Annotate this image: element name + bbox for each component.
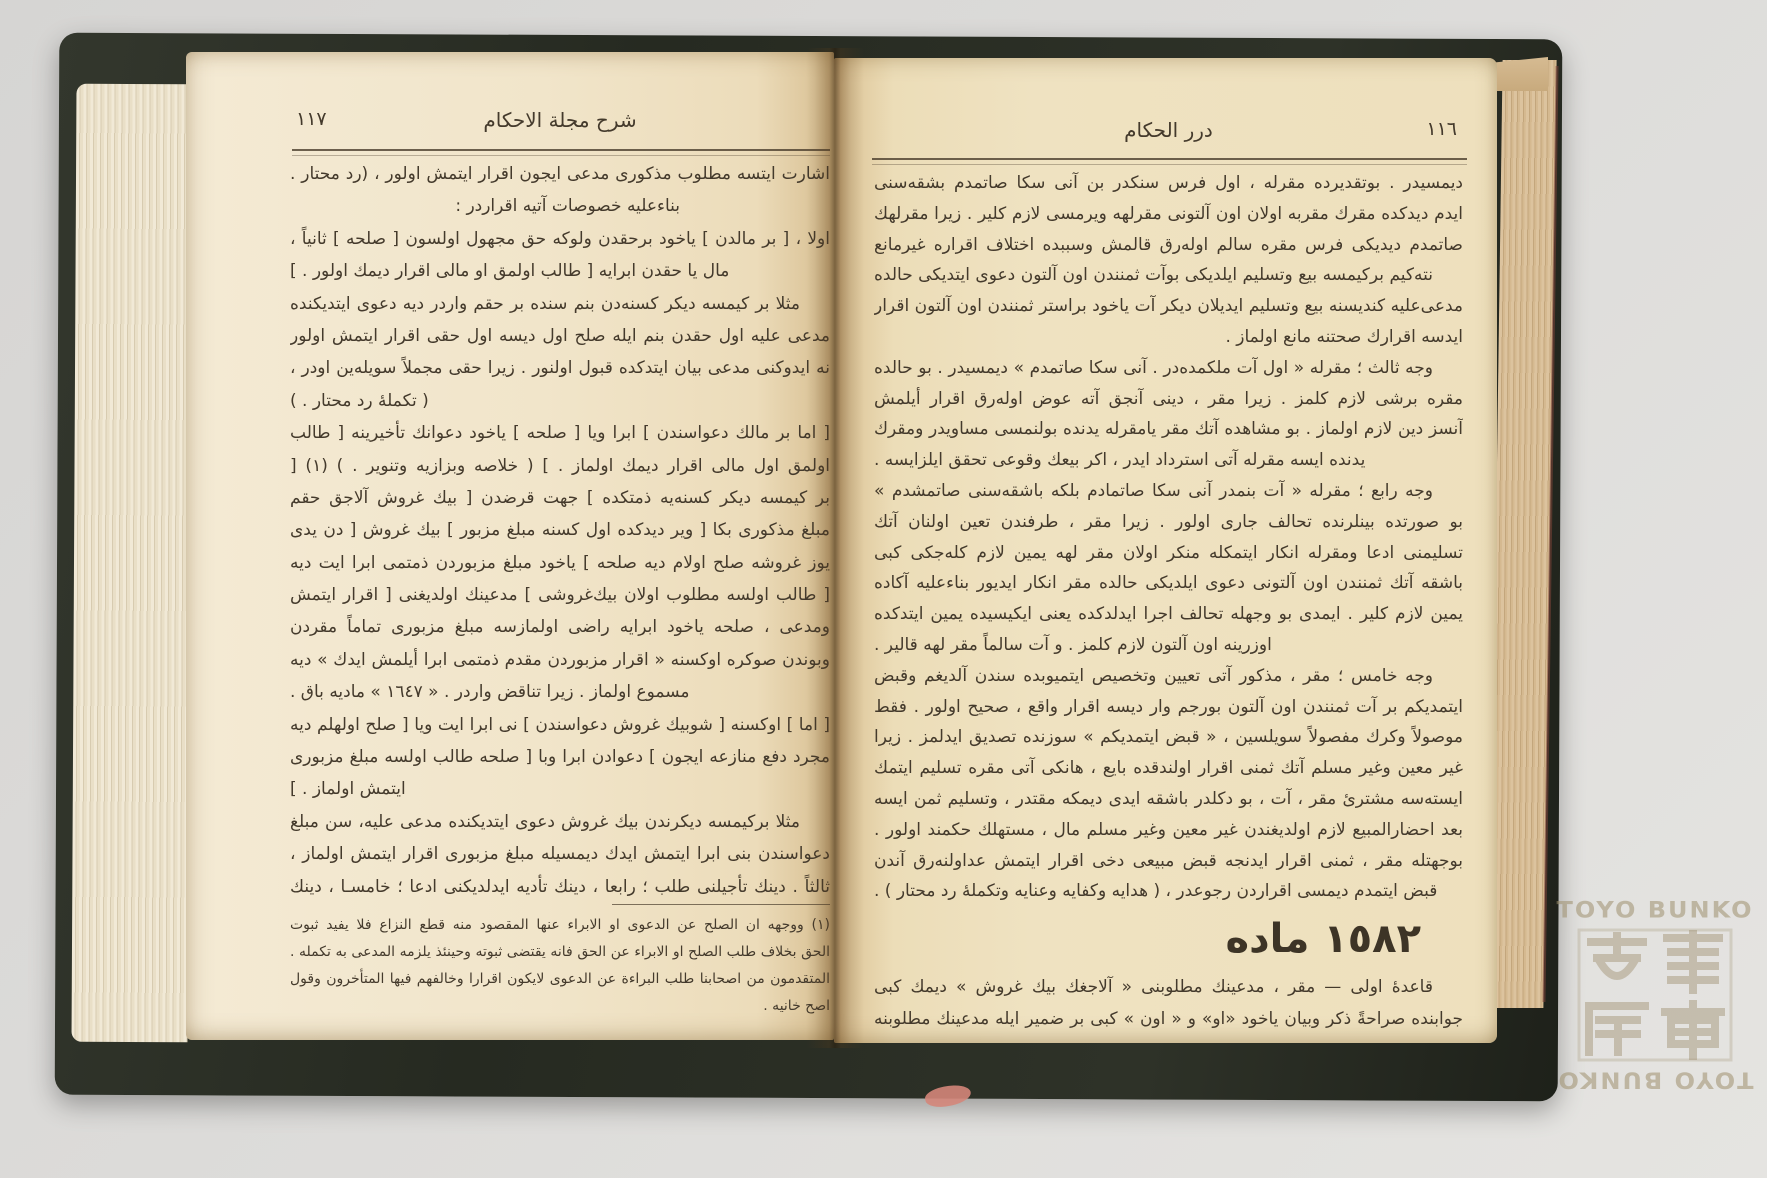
text-line: يمين لازم كلير . ايمدى بو وجهله تحالف اج… [874,599,1463,630]
text-line: وجه ثالث ؛ مقرله « اول آت ملكمده‌در . آن… [874,353,1463,384]
text-line: مدعى عليه اول حقدن بنم ايله صلح اول ديسه… [290,320,830,352]
text-line: اشارت ايتسه مطلوب مذكورى مدعى ايجون اقرا… [290,158,830,190]
text-line: مال يا حقدن ابرايه [ طالب اولمق او مالى … [290,255,830,287]
text-line: ايدم ديدكده مقرك مقربه اولان اون آلتونى … [874,199,1463,230]
text-line: [ طالب اولسه مطلوب اولان بيك‌غروشى ] مدع… [290,579,830,611]
text-line: [ اما ] اوكسنه [ شوبيك غروش دعواسندن ] ن… [290,709,830,741]
text-line: ثالثاً . دينك تأجيلنى طلب ؛ رابعا ، دينك… [290,871,830,903]
left-page-title: شرح مجلة الاحكام [292,108,828,132]
text-line: مدعى‌عليه كنديسنه بيع وتسليم ايديلان ديك… [874,291,1463,322]
text-line: اوزرينه اون آلتون لازم كلمز . و آت سالما… [874,630,1463,661]
text-line: موصولاً وكرك مفصولاً سويلسين ، « قبض ايت… [874,722,1463,753]
text-line: صاتمدم ديديكى فرس مقره سالم اوله‌رق قالم… [874,230,1463,261]
text-line: المتقدمون من اصحابنا طلب البراءة عن الدع… [290,966,830,993]
text-line: آنسز دين لازم اولماز . بو مشاهده آتك مقر… [874,414,1463,445]
article-1582-heading: ١٥٨٢ ماده [1225,914,1421,964]
text-line: ومدعى ، صلحه ياخود ابرايه راضى اولمازسه … [290,611,830,643]
text-line: ايتمش اولماز . ] [290,773,830,805]
text-line: تسليمنى ادعا ومقرله انكار ايتمكله منكر ا… [874,538,1463,569]
left-page: ١١٧ شرح مجلة الاحكام اشارت ايتسه مطلوب م… [186,52,834,1040]
text-line: مثلا بركيمسه ديكرندن بيك غروش دعوى ايتدي… [290,806,830,838]
text-line: ايسته‌سه مشترئ مقر ، آت ، بو دكلدر باشقه… [874,784,1463,815]
text-line: جوابنده صراحةً ذكر وبيان ياخود «او» و « … [874,1004,1463,1036]
right-page-after-heading: قاعدهٔ اولى — مقر ، مدعينك مطلوبنى « آلا… [874,972,1463,1035]
photo-background: ١١٧ شرح مجلة الاحكام اشارت ايتسه مطلوب م… [0,0,1767,1178]
text-line: وجه خامس ؛ مقر ، مذكور آتى تعيين وتخصيص … [874,661,1463,692]
text-line: مجرد دفع منازعه ايجون ] دعوادن ابرا وبا … [290,741,830,773]
right-header-rule [872,158,1467,165]
text-line: الحق بخلاف طلب الصلح او الابراء عن الحق … [290,939,830,966]
text-line: بعد احضارالمبيع لازم اولديغندن غير معين … [874,815,1463,846]
left-page-body: اشارت ايتسه مطلوب مذكورى مدعى ايجون اقرا… [290,158,830,903]
text-line: قبض ايتمدم ديمسى اقراردن رجوعدر ، ( هداي… [874,876,1463,907]
right-page-number: ١١٦ [1426,118,1457,140]
left-header-rule [292,149,830,156]
watermark-text-bottom-mirrored: TOYO BUNKO [1546,1067,1764,1093]
right-page-title: درر الحكام [874,118,1463,142]
left-page-number: ١١٧ [296,108,327,130]
text-line: غير معين وغير مسلم آتك ثمنى اقرار اولندق… [874,753,1463,784]
footnote-divider [612,904,830,905]
text-line: ايدسه اقرارك صحتنه مانع اولماز . [874,322,1463,353]
text-line: بو صورتده بينلرنده تحالف جارى اولور . زي… [874,507,1463,538]
text-line: ( تكملهٔ رد محتار . ) [290,385,830,417]
right-page-header: ١١٦ درر الحكام [874,118,1463,144]
text-line: ايتمديكم بر آت ثمنندن اون آلتون بورجم وا… [874,692,1463,723]
page-edges-left [71,84,192,1043]
text-line: اولمق اول مالى اقرار ديمك اولماز . ] ( خ… [290,450,830,482]
text-line: بناءعليه خصوصات آتيه اقراردر : [290,190,680,222]
text-line: يوز غروشه صلح اولام ديه صلحه ] ياخود مبل… [290,547,830,579]
text-line: دعواسندن بنى ابرا ايتمش ايدك ديمسيله مبل… [290,838,830,870]
text-line: ديمسيدر . بوتقديرده مقرله ، اول فرس سنكد… [874,168,1463,199]
text-line: نه ايدوكنى مدعى بيان ايتدكده قبول اولنور… [290,352,830,384]
left-page-header: ١١٧ شرح مجلة الاحكام [292,108,828,134]
watermark-text-top: TOYO BUNKO [1546,897,1764,923]
text-line: مثلا بر كيمسه ديكر كسنه‌دن بنم سنده بر ح… [290,288,830,320]
toyo-bunko-seal-icon [1577,928,1733,1062]
text-line: [ اما بر مالك دعواسندن ] ابرا ويا [ صلحه… [290,417,830,449]
text-line: يدنده ايسه مقرله آتى استرداد ايدر ، اكر … [874,445,1463,476]
text-line: مبلغ مذكورى بكا [ وير ديدكده اول كسنه مب… [290,514,830,546]
text-line: مسموع اولماز . زيرا تناقض واردر . « ١٦٤٧… [290,676,830,708]
text-line: وبوندن صوكره اوكسنه « اقرار مزبوردن مقدم… [290,644,830,676]
text-line: باشقه آتك ثمنندن اون آلتونى دعوى ايلديكى… [874,568,1463,599]
right-page: ١١٦ درر الحكام ديمسيدر . بوتقديرده مقرله… [834,58,1497,1043]
text-line: وجه رابع ؛ مقرله « آت بنمدر آنى سكا صاتم… [874,476,1463,507]
text-line: اولا ، [ بر مالدن ] ياخود برحقدن ولوكه ح… [290,223,830,255]
toyo-bunko-watermark: TOYO BUNKO TOYO BUNKO [1546,896,1764,1094]
text-line: (١) ووجهه ان الصلح عن الدعوى او الابراء … [290,912,830,939]
right-page-body: ديمسيدر . بوتقديرده مقرله ، اول فرس سنكد… [874,168,1463,907]
text-line: قاعدهٔ اولى — مقر ، مدعينك مطلوبنى « آلا… [874,972,1463,1004]
text-line: مقره برشى لازم كلمز . زيرا مقر ، دينى آن… [874,384,1463,415]
text-line: نته‌كيم بركيمسه بيع وتسليم ايلديكى بوآت … [874,260,1463,291]
text-line: بر كيمسه ديكر كسنه‌يه ذمتكده ] جهت قرضدن… [290,482,830,514]
text-line: بوجهتله مقر ، ثمنى اقرار ايدنجه قبض مبيع… [874,846,1463,877]
left-page-footnote: (١) ووجهه ان الصلح عن الدعوى او الابراء … [290,912,830,1020]
text-line: اصح خانيه . [290,993,830,1020]
